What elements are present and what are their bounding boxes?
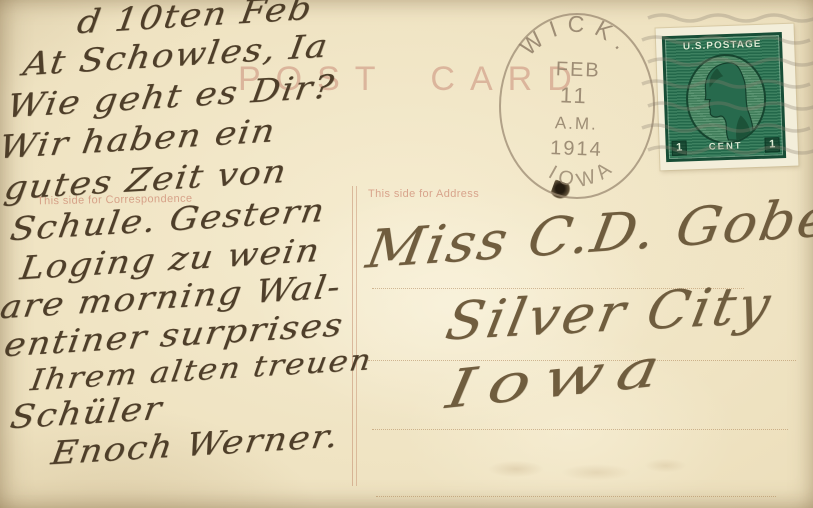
ink-bleedthrough [470,452,700,486]
center-divider [352,186,357,486]
postmark-town: WICK. [515,10,640,61]
postmark-icon: WICK. IOWA FEB 11 A.M. 1914 [490,6,664,206]
cancellation-bars-icon [640,8,813,178]
postmark-state: IOWA [545,155,620,192]
address-ruled-line [376,496,776,497]
svg-text:WICK.: WICK. [515,10,640,61]
message-line: Schüler [8,392,165,434]
postmark-day: 11 [560,82,590,108]
address-state: Iowa [443,340,677,417]
postmark-meridiem: A.M. [555,113,599,133]
address-ruled-line [372,429,788,430]
svg-text:IOWA: IOWA [545,155,620,192]
postcard-scan: POST CARD This side for Correspondence T… [0,0,813,508]
postmark-year: 1914 [550,137,603,161]
address-side-label: This side for Address [368,188,479,200]
address-city: Silver City [442,279,777,349]
postmark-month: FEB [555,58,601,82]
